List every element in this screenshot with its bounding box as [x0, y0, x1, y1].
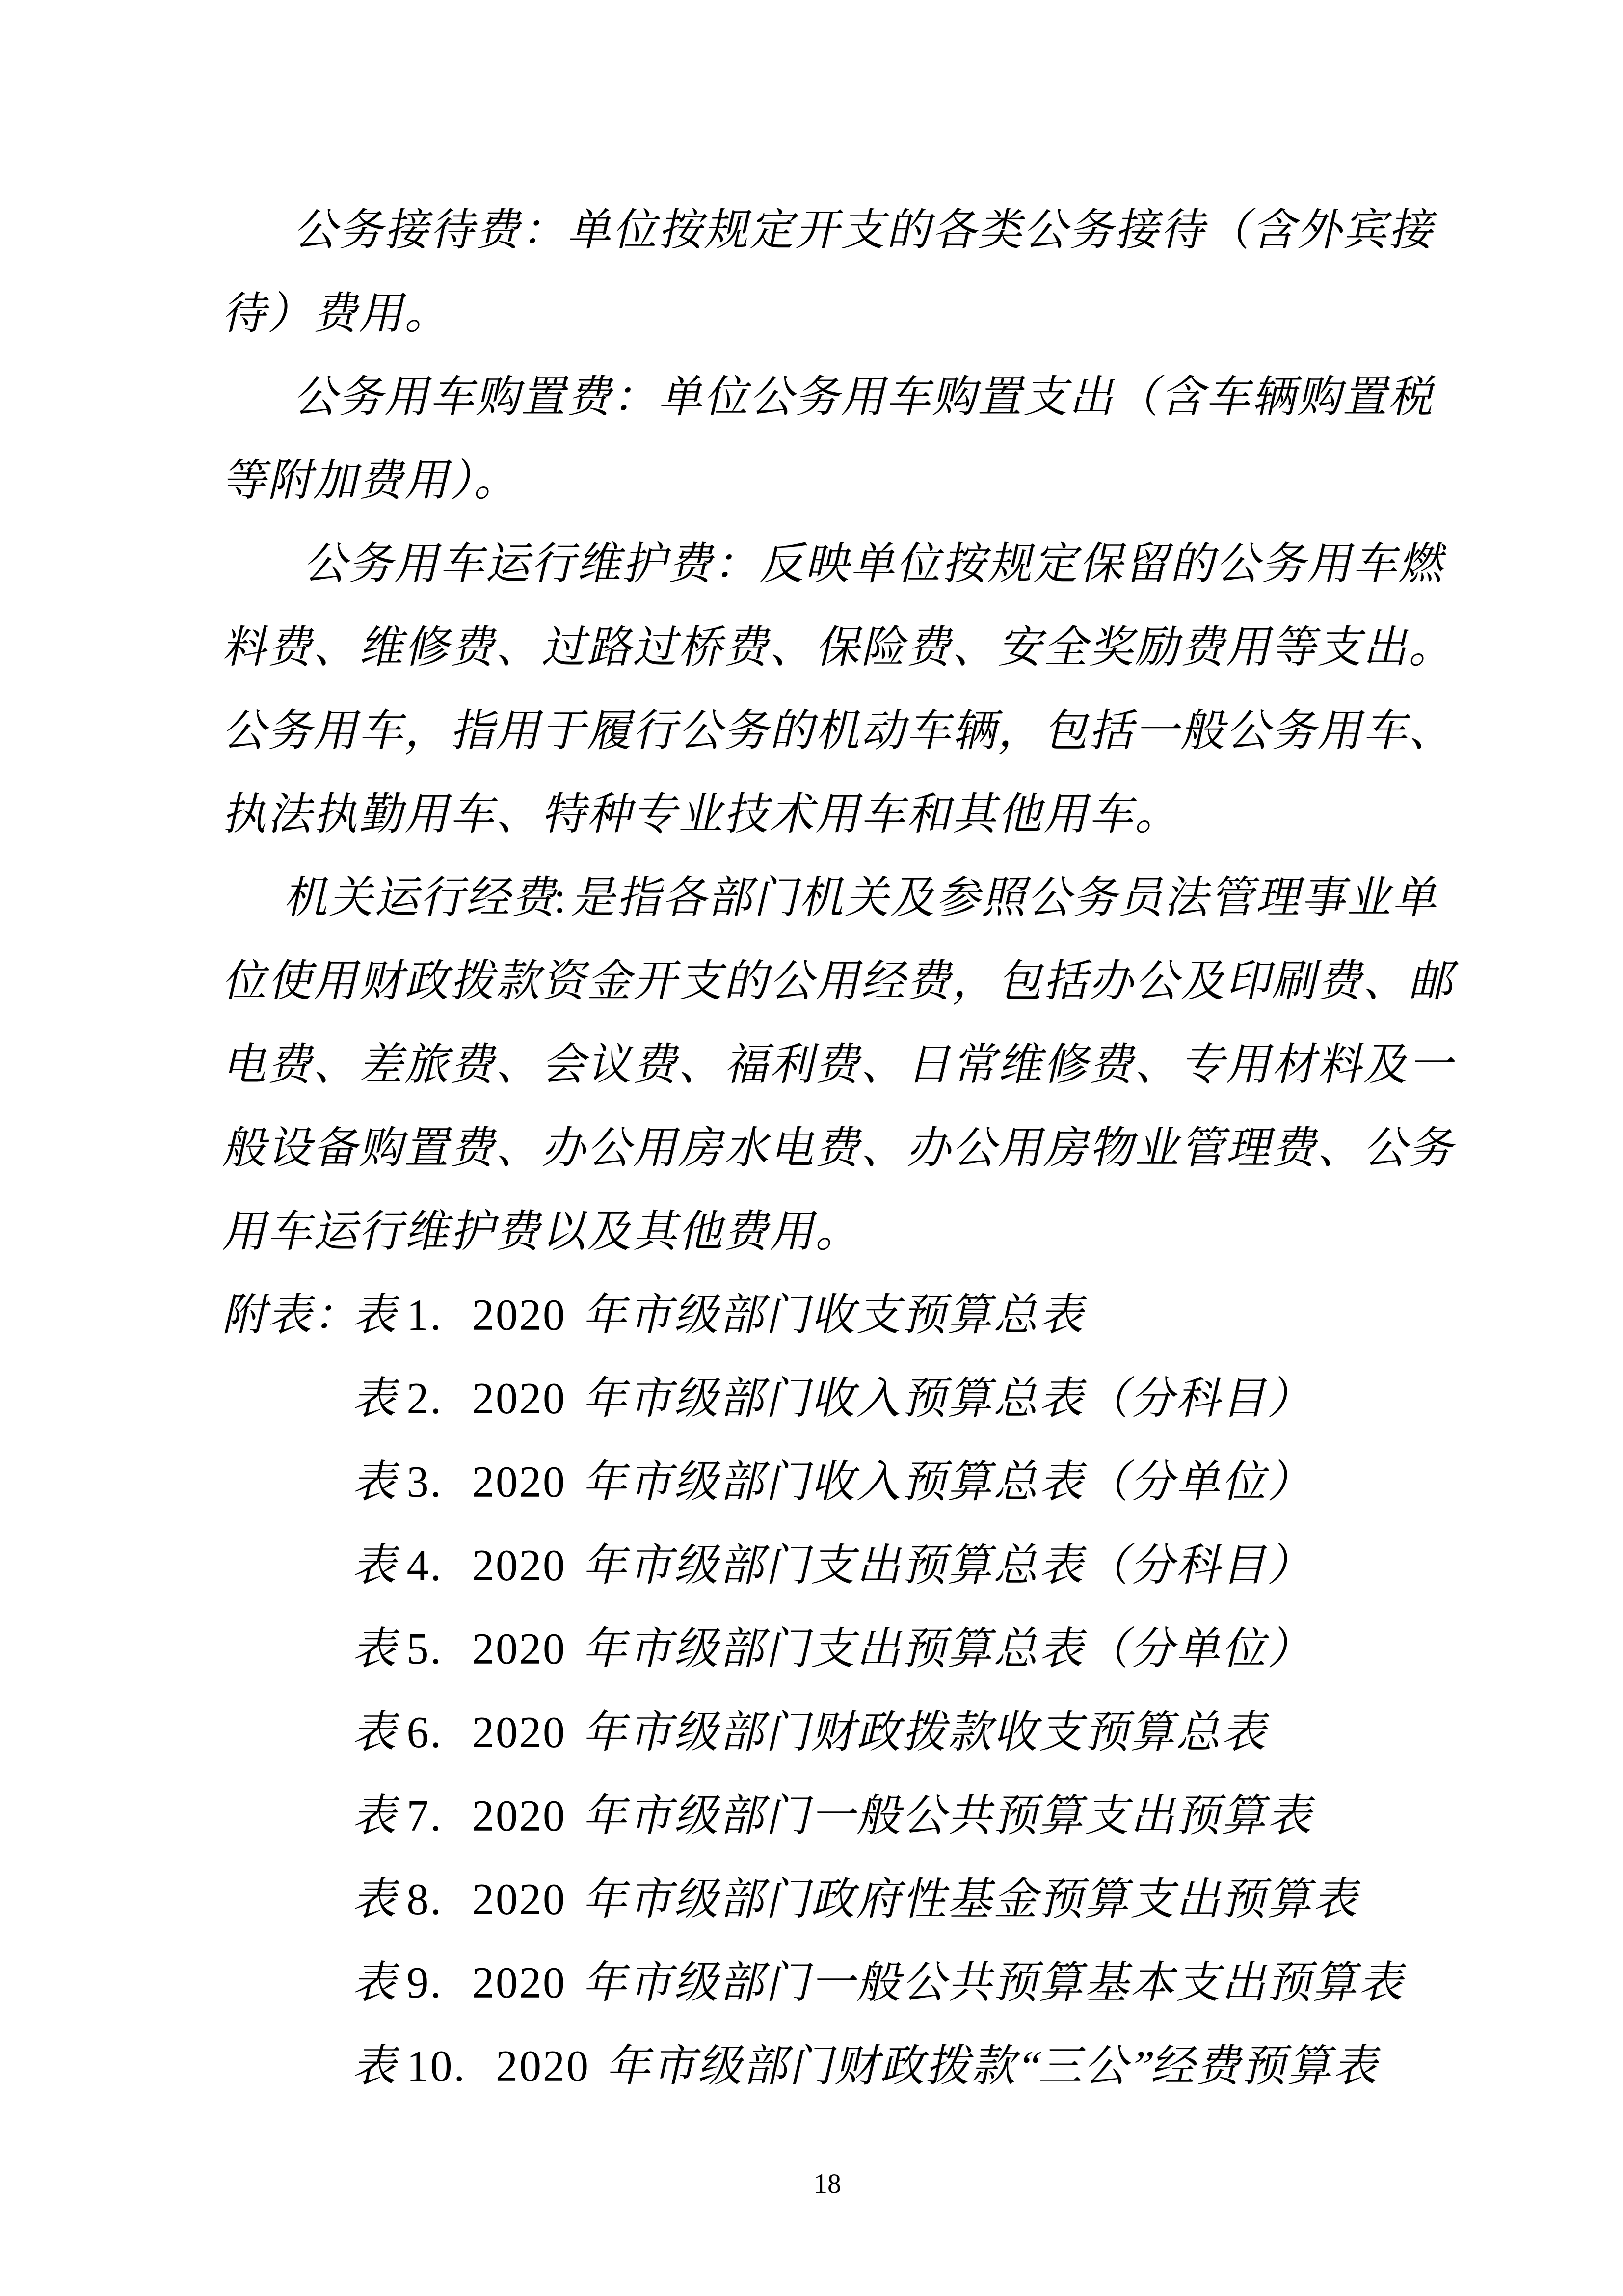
table-title: 2020 年市级部门政府性基金预算支出预算表 — [472, 1875, 1355, 1924]
table-title: 2020 年市级部门支出预算总表（分单位） — [472, 1625, 1309, 1674]
paragraph-line: 等附加费用）。 — [218, 439, 1437, 523]
paragraph-line: 执法执勤用车、特种专业技术用车和其他用车。 — [218, 773, 1437, 857]
table-list-item: 表 5.2020 年市级部门支出预算总表（分单位） — [218, 1608, 1437, 1691]
table-number: 表 10. — [348, 2042, 466, 2091]
table-list-item: 表 10.2020 年市级部门财政拨款“三公”经费预算表 — [218, 2025, 1437, 2108]
attachment-list: 附表： 表 1.2020 年市级部门收支预算总表 表 2.2020 年市级部门收… — [218, 1274, 1437, 2108]
table-list-item: 表 2.2020 年市级部门收入预算总表（分科目） — [218, 1357, 1437, 1441]
table-list-item: 表 4.2020 年市级部门支出预算总表（分科目） — [218, 1524, 1437, 1608]
table-list-item: 表 9.2020 年市级部门一般公共预算基本支出预算表 — [218, 1942, 1437, 2025]
paragraph-line: 位使用财政拨款资金开支的公用经费，包括办公及印刷费、邮 — [218, 940, 1437, 1024]
table-title: 2020 年市级部门一般公共预算支出预算表 — [472, 1792, 1309, 1840]
paragraph-line: 公务接待费：单位按规定开支的各类公务接待（含外宾接 — [218, 189, 1437, 272]
table-list-item: 附表： 表 1.2020 年市级部门收支预算总表 — [218, 1274, 1437, 1357]
paragraph-line: 公务用车运行维护费：反映单位按规定保留的公务用车燃 — [218, 523, 1437, 606]
table-title: 2020 年市级部门财政拨款收支预算总表 — [472, 1708, 1264, 1757]
table-title: 2020 年市级部门收入预算总表（分科目） — [472, 1375, 1309, 1423]
paragraph-line: 公务用车购置费：单位公务用车购置支出（含车辆购置税 — [218, 356, 1437, 439]
page-footer: 18 — [218, 2137, 1437, 2220]
table-number: 表 9. — [348, 1959, 443, 2007]
page-number: 18 — [814, 2170, 841, 2198]
table-title: 2020 年市级部门财政拨款“三公”经费预算表 — [496, 2042, 1375, 2091]
paragraph-line: 用车运行维护费以及其他费用。 — [218, 1190, 1437, 1274]
paragraph-line: 机关运行经费:是指各部门机关及参照公务员法管理事业单 — [218, 857, 1437, 940]
document-page: 公务接待费：单位按规定开支的各类公务接待（含外宾接 待）费用。 公务用车购置费：… — [0, 0, 1623, 2296]
table-number: 表 1. — [348, 1291, 443, 1340]
paragraph-line: 般设备购置费、办公用房水电费、办公用房物业管理费、公务 — [218, 1107, 1437, 1190]
table-number: 表 3. — [348, 1458, 443, 1507]
table-number: 表 5. — [348, 1625, 443, 1674]
table-list-item: 表 8.2020 年市级部门政府性基金预算支出预算表 — [218, 1858, 1437, 1942]
table-title: 2020 年市级部门收支预算总表 — [472, 1291, 1081, 1340]
table-list-item: 表 3.2020 年市级部门收入预算总表（分单位） — [218, 1441, 1437, 1524]
table-number: 表 6. — [348, 1708, 443, 1757]
paragraph-line: 料费、维修费、过路过桥费、保险费、安全奖励费用等支出。 — [218, 606, 1437, 690]
paragraph-line: 待）费用。 — [218, 272, 1437, 356]
attachment-label: 附表： — [218, 1274, 355, 1357]
table-title: 2020 年市级部门一般公共预算基本支出预算表 — [472, 1959, 1401, 2007]
table-number: 表 8. — [348, 1875, 443, 1924]
table-list-item: 表 6.2020 年市级部门财政拨款收支预算总表 — [218, 1691, 1437, 1775]
table-title: 2020 年市级部门支出预算总表（分科目） — [472, 1541, 1309, 1590]
table-number: 表 7. — [348, 1792, 443, 1840]
paragraph-line: 公务用车，指用于履行公务的机动车辆，包括一般公务用车、 — [218, 690, 1437, 773]
paragraph-line: 电费、差旅费、会议费、福利费、日常维修费、专用材料及一 — [218, 1024, 1437, 1107]
table-list-item: 表 7.2020 年市级部门一般公共预算支出预算表 — [218, 1775, 1437, 1858]
table-number: 表 2. — [348, 1375, 443, 1423]
table-number: 表 4. — [348, 1541, 443, 1590]
table-title: 2020 年市级部门收入预算总表（分单位） — [472, 1458, 1309, 1507]
